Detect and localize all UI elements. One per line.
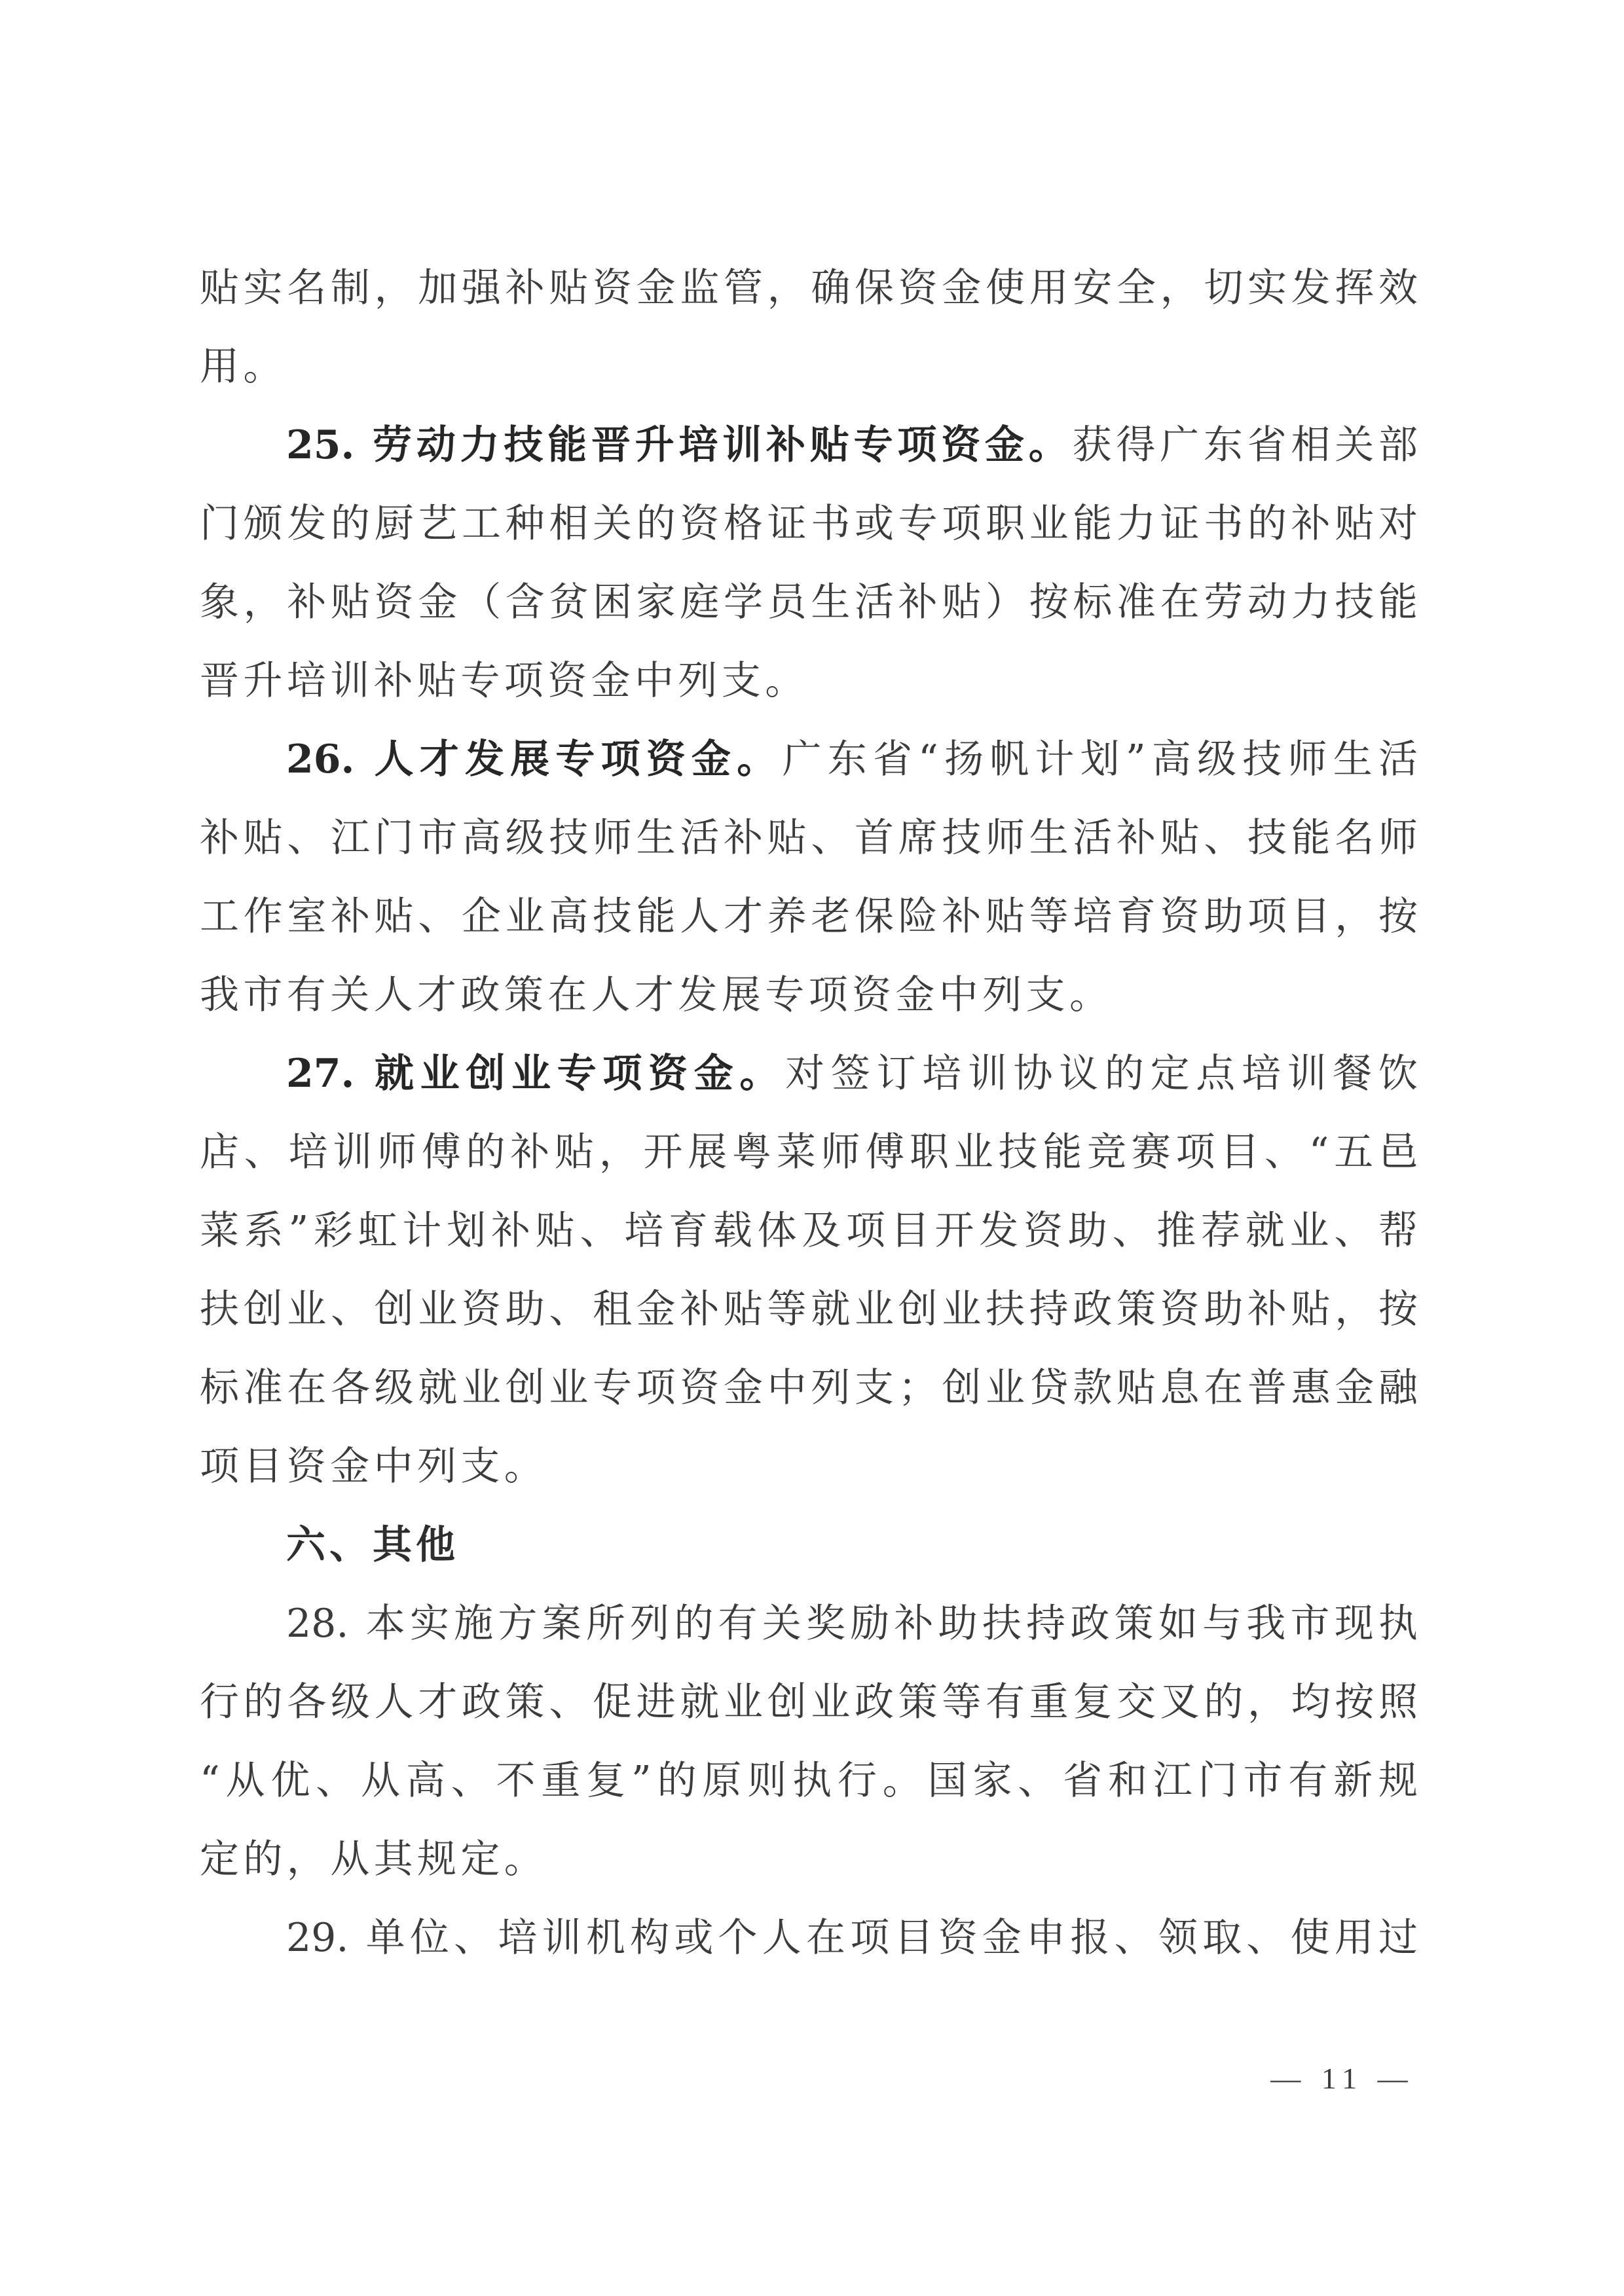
body-text-line: 扶创业、创业资助、租金补贴等就业创业扶持政策资助补贴，按: [200, 1270, 1418, 1349]
item-27-title: 27. 就业创业专项资金。: [286, 1051, 785, 1097]
body-text-line: 门颁发的厨艺工种相关的资格证书或专项职业能力证书的补贴对: [200, 484, 1418, 563]
item-25-line: 25. 劳动力技能晋升培训补贴专项资金。获得广东省相关部: [286, 406, 1418, 484]
item-26-text: 广东省“扬帆计划”高级技师生活: [783, 737, 1418, 782]
item-28-line: 28. 本实施方案所列的有关奖励补助扶持政策如与我市现执: [286, 1584, 1418, 1663]
body-text-line: 店、培训师傅的补贴，开展粤菜师傅职业技能竞赛项目、“五邑: [200, 1113, 1418, 1192]
body-text-line: 象，补贴资金（含贫困家庭学员生活补贴）按标准在劳动力技能: [200, 563, 1418, 642]
body-text-line: 工作室补贴、企业高技能人才养老保险补贴等培育资助项目，按: [200, 877, 1418, 956]
item-26-title: 26. 人才发展专项资金。: [286, 737, 783, 782]
body-text-line: 行的各级人才政策、促进就业创业政策等有重复交叉的，均按照: [200, 1663, 1418, 1741]
body-text-line: 标准在各级就业创业专项资金中列支；创业贷款贴息在普惠金融: [200, 1349, 1418, 1427]
body-text-line: 项目资金中列支。: [200, 1427, 1418, 1506]
body-text-line: 补贴、江门市高级技师生活补贴、首席技师生活补贴、技能名师: [200, 799, 1418, 877]
body-text-line: “从优、从高、不重复”的原则执行。国家、省和江门市有新规: [200, 1741, 1418, 1820]
section-heading: 六、其他: [286, 1506, 1418, 1584]
item-27-line: 27. 就业创业专项资金。对签订培训协议的定点培训餐饮: [286, 1034, 1418, 1113]
item-25-title: 25. 劳动力技能晋升培训补贴专项资金。: [286, 422, 1073, 468]
item-26-line: 26. 人才发展专项资金。广东省“扬帆计划”高级技师生活: [286, 720, 1418, 799]
body-text-line: 菜系”彩虹计划补贴、培育载体及项目开发资助、推荐就业、帮: [200, 1192, 1418, 1270]
body-text-line: 贴实名制，加强补贴资金监管，确保资金使用安全，切实发挥效: [200, 249, 1418, 327]
page-number: — 11 —: [1270, 2059, 1414, 2098]
document-page: 贴实名制，加强补贴资金监管，确保资金使用安全，切实发挥效 用。 25. 劳动力技…: [0, 0, 1624, 2296]
body-text-line: 晋升培训补贴专项资金中列支。: [200, 642, 1418, 720]
body-text-line: 用。: [200, 327, 1418, 406]
item-29-line: 29. 单位、培训机构或个人在项目资金申报、领取、使用过: [286, 1899, 1418, 1977]
item-25-text: 获得广东省相关部: [1073, 422, 1418, 468]
body-text-line: 我市有关人才政策在人才发展专项资金中列支。: [200, 956, 1418, 1034]
item-27-text: 对签订培训协议的定点培训餐饮: [785, 1051, 1418, 1097]
body-text-line: 定的，从其规定。: [200, 1820, 1418, 1899]
